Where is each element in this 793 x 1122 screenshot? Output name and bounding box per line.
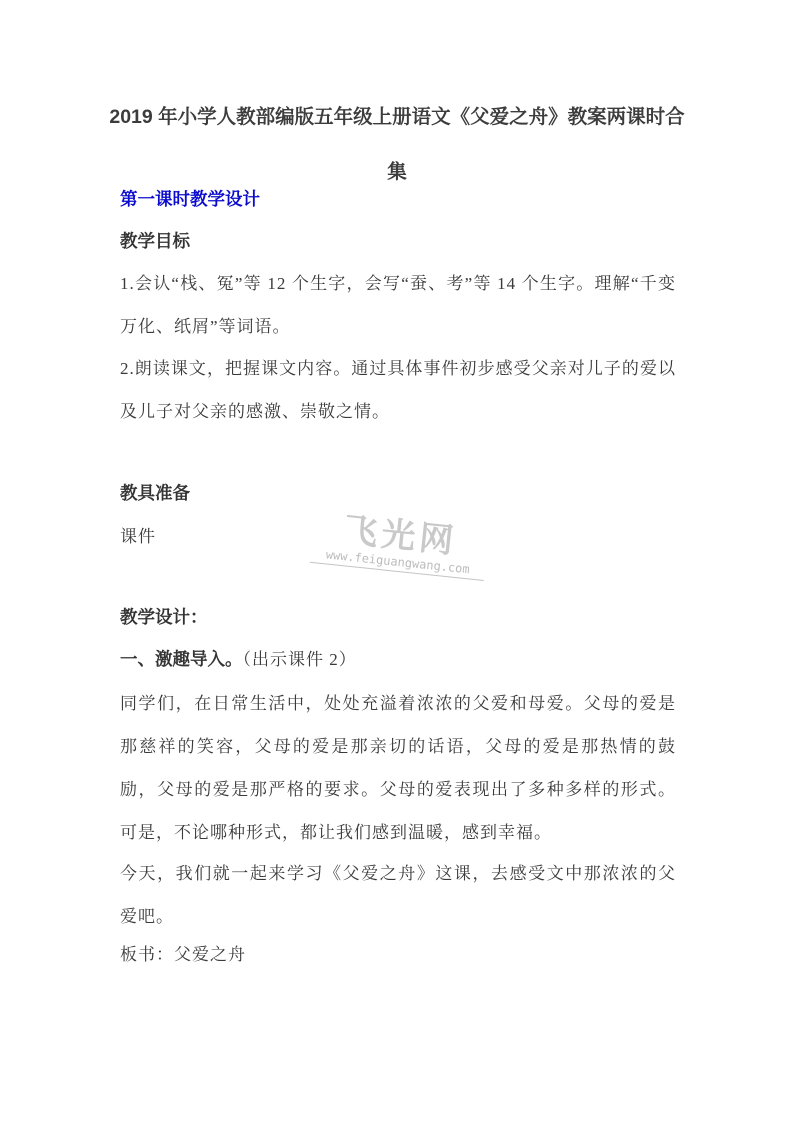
objective-item-2: 2.朗读课文，把握课文内容。通过具体事件初步感受父亲对儿子的爱以及儿子对父亲的感… (120, 347, 676, 433)
step1-title: 一、激趣导入。 (120, 649, 243, 669)
objectives-heading: 教学目标 (120, 228, 676, 254)
objective-item-1: 1.会认“栈、冤”等 12 个生字，会写“蚕、考”等 14 个生字。理解“千变万… (120, 262, 676, 348)
step1-heading-line: 一、激趣导入。（出示课件 2） (120, 645, 676, 675)
intro-paragraph: 同学们，在日常生活中，处处充溢着浓浓的父爱和母爱。父母的爱是那慈祥的笑容，父母的… (120, 682, 676, 854)
lesson1-heading: 第一课时教学设计 (120, 186, 676, 212)
document-title: 2019 年小学人教部编版五年级上册语文《父爱之舟》教案两课时合集 (108, 90, 686, 200)
step1-courseware-note: （出示课件 2） (243, 650, 357, 669)
document-page: 2019 年小学人教部编版五年级上册语文《父爱之舟》教案两课时合集 第一课时教学… (0, 0, 793, 1122)
today-paragraph: 今天，我们就一起来学习《父爱之舟》这课，去感受文中那浓浓的父爱吧。 (120, 852, 676, 938)
materials-heading: 教具准备 (120, 480, 676, 506)
design-heading: 教学设计： (120, 604, 676, 630)
board-writing-line: 板书：父爱之舟 (120, 933, 676, 976)
materials-text: 课件 (120, 515, 676, 558)
